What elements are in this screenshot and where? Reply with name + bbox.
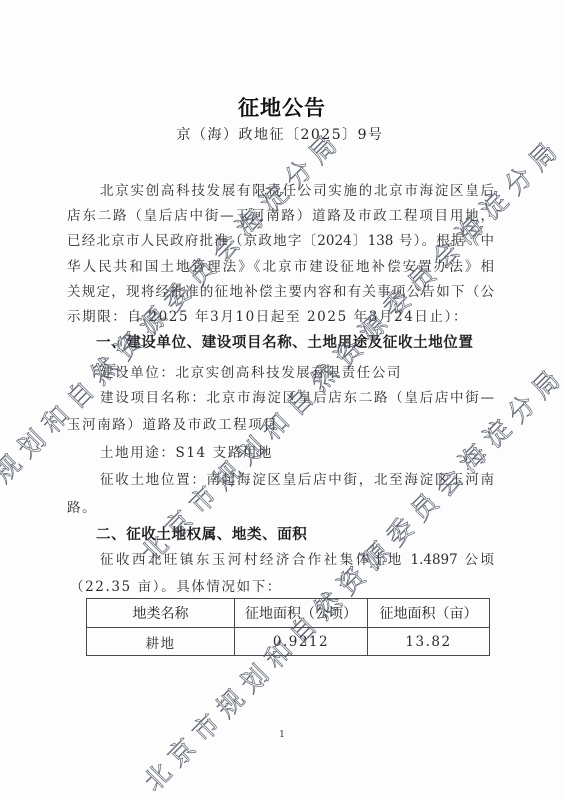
land-location-line: 征收土地位置：南起海淀区皇后店中街，北至海淀区玉河南 [100,470,494,490]
table-header-row: 地类名称 征地面积（公顷） 征地面积（亩） [87,599,490,628]
paragraph-line: 华人民共和国土地管理法》《北京市建设征地补偿安置办法》相 [67,257,494,277]
header-land-type: 地类名称 [87,599,235,628]
land-ownership-line: 征收西北旺镇东玉河村经济合作社集体土地 1.4897 公顷 [100,550,494,570]
land-ownership-line-cont: （22.35 亩）。具体情况如下： [70,577,282,597]
header-area-mu: 征地面积（亩） [368,599,490,628]
cell-land-type: 耕地 [87,628,235,656]
table-row: 耕地 0.9212 13.82 [87,628,490,656]
project-name-line: 建设项目名称：北京市海淀区皇后店东二路（皇后店中街— [100,388,494,408]
paragraph-line: 北京实创高科技发展有限责任公司实施的北京市海淀区皇后 [100,181,494,201]
paragraph-line: 关规定，现将经批准的征地补偿主要内容和有关事项公告如下（公 [67,282,494,302]
section-2-heading: 二、征收土地权属、地类、面积 [96,524,307,546]
paragraph-line: 已经北京市人民政府批准（京政地字〔2024〕138 号）。根据《中 [67,231,494,251]
cell-area-mu: 13.82 [368,628,490,656]
land-use-line: 土地用途：S14 支路用地 [100,443,273,463]
notice-period-line: 示期限：自 2025 年3月10日起至 2025 年3月24日止）： [67,307,468,327]
header-area-hectares: 征地面积（公顷） [235,599,368,628]
land-area-table: 地类名称 征地面积（公顷） 征地面积（亩） 耕地 0.9212 13.82 [86,598,490,656]
section-1-heading: 一、建设单位、建设项目名称、土地用途及征收土地位置 [96,332,474,354]
land-location-line-cont: 路。 [67,498,97,518]
page-number: 1 [0,728,564,742]
notice-title: 征地公告 [0,95,564,121]
project-name-line-cont: 玉河南路）道路及市政工程项目 [67,415,278,435]
cell-area-hectares: 0.9212 [235,628,368,656]
document-page: 征地公告 京（海）政地征〔2025〕9号 北京实创高科技发展有限责任公司实施的北… [0,0,564,800]
construction-unit-line: 建设单位：北京实创高科技发展有限责任公司 [100,363,402,383]
paragraph-line: 店东二路（皇后店中街—玉河南路）道路及市政工程项目用地， [67,206,494,226]
document-number: 京（海）政地征〔2025〕9号 [0,125,560,145]
